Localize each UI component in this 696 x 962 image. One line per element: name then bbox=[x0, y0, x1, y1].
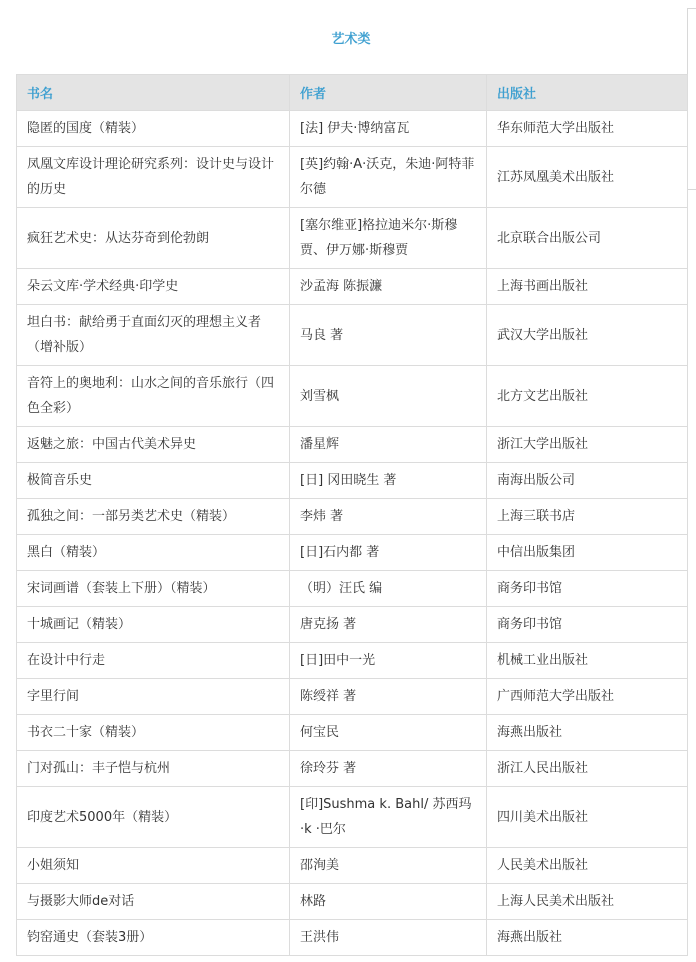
book-publisher-cell: 北京联合出版公司 bbox=[487, 208, 688, 269]
book-publisher-cell: 商务印书馆 bbox=[487, 571, 688, 607]
books-table: 书名 作者 出版社 隐匿的国度（精装）[法] 伊夫·博纳富瓦华东师范大学出版社凤… bbox=[16, 74, 688, 956]
book-title-cell: 黑白（精装） bbox=[17, 535, 290, 571]
book-title-cell: 朵云文库·学术经典·印学史 bbox=[17, 269, 290, 305]
book-author-cell: 刘雪枫 bbox=[290, 366, 487, 427]
column-header-title: 书名 bbox=[17, 75, 290, 111]
book-author-cell: 邵洵美 bbox=[290, 848, 487, 884]
book-title-cell: 音符上的奥地利：山水之间的音乐旅行（四色全彩） bbox=[17, 366, 290, 427]
book-author-cell: 林路 bbox=[290, 884, 487, 920]
book-author-cell: （明）汪氏 编 bbox=[290, 571, 487, 607]
column-header-author: 作者 bbox=[290, 75, 487, 111]
table-row: 极简音乐史[日] 冈田晓生 著南海出版公司 bbox=[17, 463, 688, 499]
table-row: 十城画记（精装）唐克扬 著商务印书馆 bbox=[17, 607, 688, 643]
table-row: 凤凰文库设计理论研究系列：设计史与设计的历史[英]约翰·A·沃克，朱迪·阿特菲尔… bbox=[17, 147, 688, 208]
book-publisher-cell: 华东师范大学出版社 bbox=[487, 111, 688, 147]
book-author-cell: 李炜 著 bbox=[290, 499, 487, 535]
book-title-cell: 返魅之旅：中国古代美术异史 bbox=[17, 427, 290, 463]
book-author-cell: 马良 著 bbox=[290, 305, 487, 366]
book-publisher-cell: 中信出版集团 bbox=[487, 535, 688, 571]
book-publisher-cell: 广西师范大学出版社 bbox=[487, 679, 688, 715]
book-publisher-cell: 北方文艺出版社 bbox=[487, 366, 688, 427]
table-row: 印度艺术5000年（精装）[印]Sushma k. Bahl/ 苏西玛·k ·巴… bbox=[17, 787, 688, 848]
table-row: 钧窑通史（套装3册）王洪伟海燕出版社 bbox=[17, 920, 688, 956]
book-author-cell: 唐克扬 著 bbox=[290, 607, 487, 643]
side-panel-edge bbox=[687, 8, 696, 190]
book-title-cell: 极简音乐史 bbox=[17, 463, 290, 499]
table-row: 孤独之间：一部另类艺术史（精装）李炜 著上海三联书店 bbox=[17, 499, 688, 535]
table-row: 在设计中行走[日]田中一光机械工业出版社 bbox=[17, 643, 688, 679]
table-row: 朵云文库·学术经典·印学史沙孟海 陈振濂上海书画出版社 bbox=[17, 269, 688, 305]
table-row: 隐匿的国度（精装）[法] 伊夫·博纳富瓦华东师范大学出版社 bbox=[17, 111, 688, 147]
book-title-cell: 门对孤山：丰子恺与杭州 bbox=[17, 751, 290, 787]
table-row: 返魅之旅：中国古代美术异史潘星辉浙江大学出版社 bbox=[17, 427, 688, 463]
book-publisher-cell: 浙江大学出版社 bbox=[487, 427, 688, 463]
book-publisher-cell: 上海人民美术出版社 bbox=[487, 884, 688, 920]
book-publisher-cell: 商务印书馆 bbox=[487, 607, 688, 643]
table-row: 宋词画谱（套装上下册）（精装）（明）汪氏 编商务印书馆 bbox=[17, 571, 688, 607]
book-title-cell: 字里行间 bbox=[17, 679, 290, 715]
book-publisher-cell: 上海三联书店 bbox=[487, 499, 688, 535]
book-author-cell: [塞尔维亚]格拉迪米尔·斯穆贾、伊万娜·斯穆贾 bbox=[290, 208, 487, 269]
book-publisher-cell: 浙江人民出版社 bbox=[487, 751, 688, 787]
book-title-cell: 与摄影大师de对话 bbox=[17, 884, 290, 920]
book-author-cell: 陈绶祥 著 bbox=[290, 679, 487, 715]
book-publisher-cell: 武汉大学出版社 bbox=[487, 305, 688, 366]
book-publisher-cell: 南海出版公司 bbox=[487, 463, 688, 499]
book-author-cell: 王洪伟 bbox=[290, 920, 487, 956]
table-header-row: 书名 作者 出版社 bbox=[17, 75, 688, 111]
book-publisher-cell: 海燕出版社 bbox=[487, 920, 688, 956]
book-author-cell: [日]田中一光 bbox=[290, 643, 487, 679]
column-header-publisher: 出版社 bbox=[487, 75, 688, 111]
book-publisher-cell: 人民美术出版社 bbox=[487, 848, 688, 884]
book-title-cell: 印度艺术5000年（精装） bbox=[17, 787, 290, 848]
book-author-cell: 沙孟海 陈振濂 bbox=[290, 269, 487, 305]
table-row: 与摄影大师de对话林路上海人民美术出版社 bbox=[17, 884, 688, 920]
table-row: 书衣二十家（精装）何宝民海燕出版社 bbox=[17, 715, 688, 751]
book-title-cell: 书衣二十家（精装） bbox=[17, 715, 290, 751]
book-title-cell: 十城画记（精装） bbox=[17, 607, 290, 643]
book-author-cell: 潘星辉 bbox=[290, 427, 487, 463]
book-publisher-cell: 四川美术出版社 bbox=[487, 787, 688, 848]
table-row: 坦白书：献给勇于直面幻灭的理想主义者（增补版）马良 著武汉大学出版社 bbox=[17, 305, 688, 366]
book-author-cell: [日]石内都 著 bbox=[290, 535, 487, 571]
book-title-cell: 宋词画谱（套装上下册）（精装） bbox=[17, 571, 290, 607]
book-title-cell: 隐匿的国度（精装） bbox=[17, 111, 290, 147]
book-title-cell: 孤独之间：一部另类艺术史（精装） bbox=[17, 499, 290, 535]
book-publisher-cell: 机械工业出版社 bbox=[487, 643, 688, 679]
book-title-cell: 钧窑通史（套装3册） bbox=[17, 920, 290, 956]
book-publisher-cell: 江苏凤凰美术出版社 bbox=[487, 147, 688, 208]
book-title-cell: 在设计中行走 bbox=[17, 643, 290, 679]
book-author-cell: 何宝民 bbox=[290, 715, 487, 751]
table-row: 门对孤山：丰子恺与杭州徐玲芬 著浙江人民出版社 bbox=[17, 751, 688, 787]
book-title-cell: 疯狂艺术史：从达芬奇到伦勃朗 bbox=[17, 208, 290, 269]
book-title-cell: 坦白书：献给勇于直面幻灭的理想主义者（增补版） bbox=[17, 305, 290, 366]
book-author-cell: 徐玲芬 著 bbox=[290, 751, 487, 787]
book-author-cell: [日] 冈田晓生 著 bbox=[290, 463, 487, 499]
table-row: 音符上的奥地利：山水之间的音乐旅行（四色全彩）刘雪枫北方文艺出版社 bbox=[17, 366, 688, 427]
table-row: 字里行间陈绶祥 著广西师范大学出版社 bbox=[17, 679, 688, 715]
book-author-cell: [法] 伊夫·博纳富瓦 bbox=[290, 111, 487, 147]
book-publisher-cell: 海燕出版社 bbox=[487, 715, 688, 751]
book-title-cell: 凤凰文库设计理论研究系列：设计史与设计的历史 bbox=[17, 147, 290, 208]
table-row: 小姐须知邵洵美人民美术出版社 bbox=[17, 848, 688, 884]
table-row: 黑白（精装）[日]石内都 著中信出版集团 bbox=[17, 535, 688, 571]
table-row: 疯狂艺术史：从达芬奇到伦勃朗[塞尔维亚]格拉迪米尔·斯穆贾、伊万娜·斯穆贾北京联… bbox=[17, 208, 688, 269]
section-title: 艺术类 bbox=[16, 28, 686, 47]
book-title-cell: 小姐须知 bbox=[17, 848, 290, 884]
book-author-cell: [英]约翰·A·沃克，朱迪·阿特菲尔德 bbox=[290, 147, 487, 208]
book-author-cell: [印]Sushma k. Bahl/ 苏西玛·k ·巴尔 bbox=[290, 787, 487, 848]
book-publisher-cell: 上海书画出版社 bbox=[487, 269, 688, 305]
